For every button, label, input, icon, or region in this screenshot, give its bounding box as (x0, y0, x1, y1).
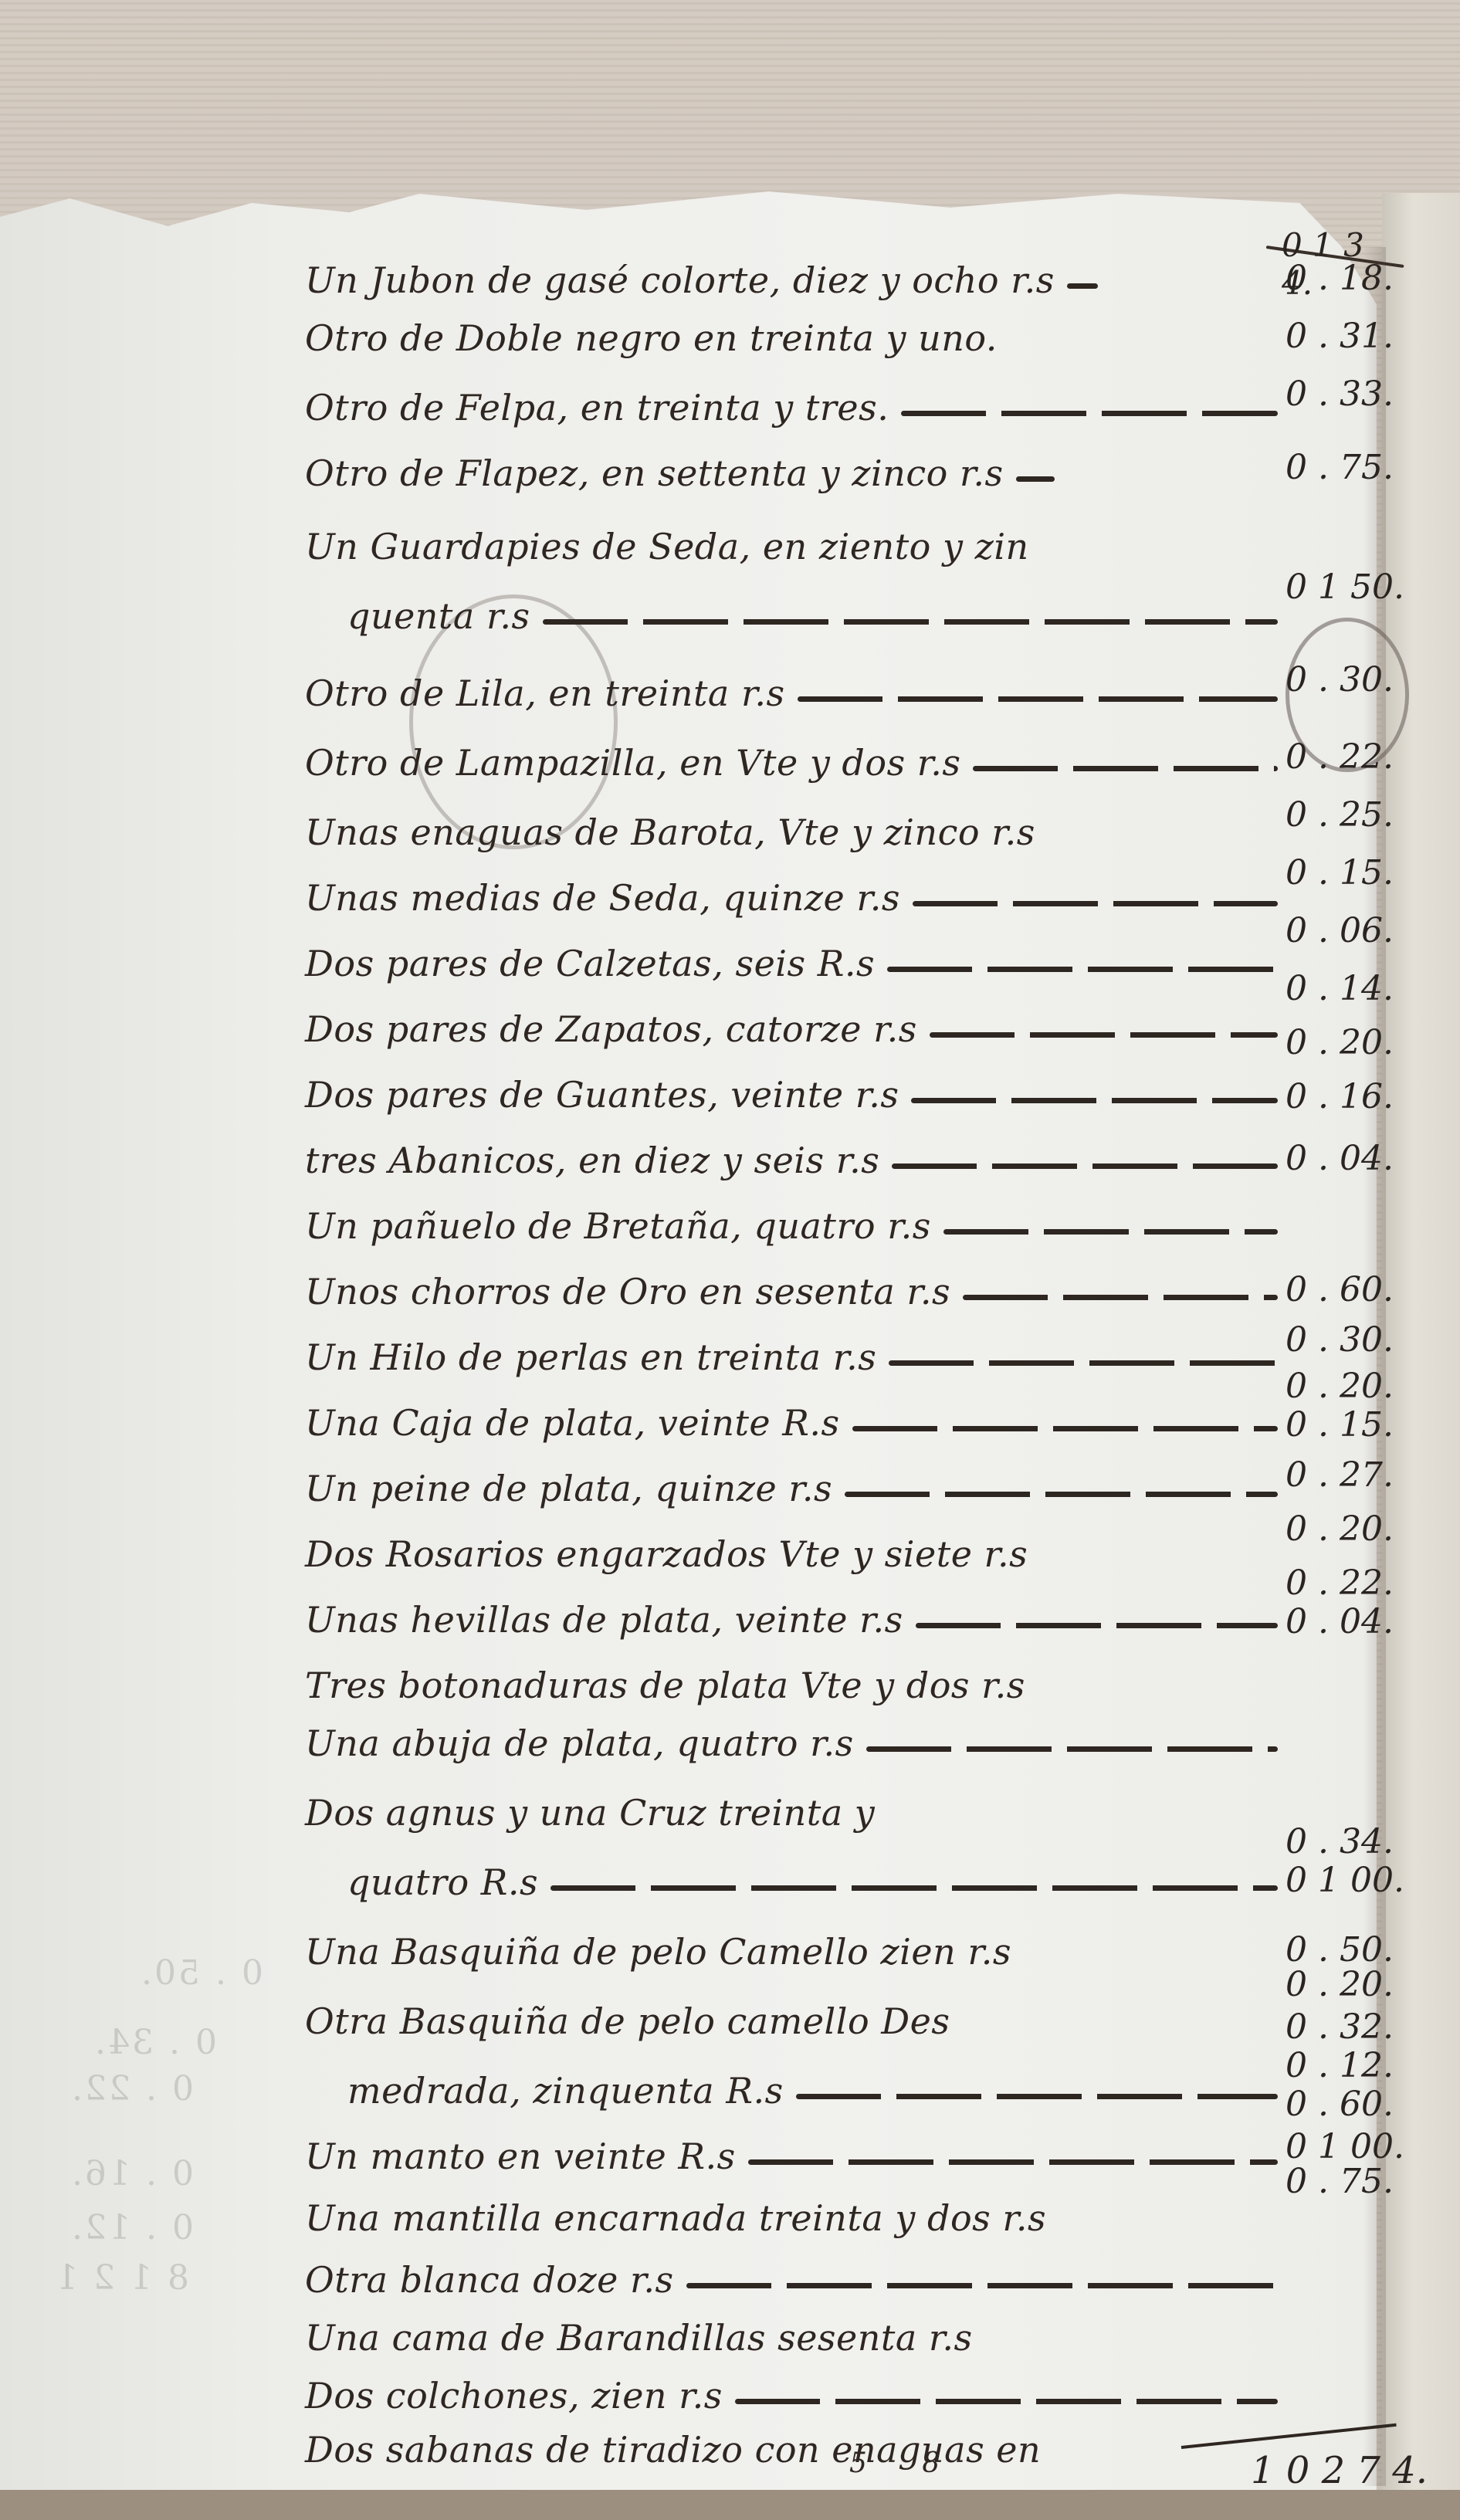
entry-amount: 0 . 34. (1286, 1822, 1401, 1861)
page-total: 1 0 2 7 4. (1251, 2449, 1428, 2492)
entry-description: tres Abanicos, en diez y seis r.s (305, 1140, 879, 1181)
folio-mark: 5 8 (849, 2447, 963, 2479)
entry-amount: 0 . 20. (1286, 1023, 1401, 1062)
entry-description: Un Hilo de perlas en treinta r.s (305, 1336, 876, 1378)
fill-dash (852, 1426, 1278, 1431)
fill-dash (550, 1885, 1278, 1891)
fill-dash (930, 1032, 1278, 1038)
entry-amount: 0 . 30. (1286, 660, 1401, 699)
entry-description: Otro de Doble negro en treinta y uno. (305, 317, 998, 359)
inventory-entry: Una Caja de plata, veinte R.s (305, 1390, 1278, 1444)
inventory-entry: Otra Basquiña de pelo camello Des (305, 1988, 1278, 2042)
inventory-entry: Unas enaguas de Barota, Vte y zinco r.s (305, 799, 1278, 853)
entry-amount: 0 . 22. (1286, 1563, 1401, 1603)
inventory-entry: Unos chorros de Oro en sesenta r.s (305, 1258, 1278, 1312)
inventory-entry: Un manto en veinte R.s (305, 2123, 1278, 2177)
entry-description: Una mantilla encarnada treinta y dos r.s (305, 2197, 1046, 2239)
entry-amount: 0 . 25. (1286, 795, 1401, 835)
bleed-through-number: 0 . 22. (69, 2069, 194, 2108)
entry-description: Dos pares de Calzetas, seis R.s (305, 943, 875, 984)
entry-amount: 0 . 15. (1286, 853, 1401, 892)
entry-amount: 0 . 04. (1286, 1602, 1401, 1641)
entry-amount: 0 1 00. (1286, 2127, 1401, 2166)
entry-amount: 0 . 75. (1286, 448, 1401, 487)
fill-dash (892, 1163, 1278, 1169)
inventory-entry: Una Basquiña de pelo Camello zien r.s (305, 1919, 1278, 1973)
entry-amount: 0 . 16. (1286, 1077, 1401, 1116)
entry-description: Otro de Flapez, en settenta y zinco r.s (305, 452, 1004, 494)
entry-amount: 0 . 50. (1286, 1930, 1401, 1970)
entry-amount: 0 . 27. (1286, 1455, 1401, 1495)
entry-description: Dos Rosarios engarzados Vte y siete r.s (305, 1533, 1028, 1575)
fill-dash (748, 2159, 1278, 2165)
entry-amount: 0 . 60. (1286, 1270, 1401, 1309)
inventory-entry: Tres botonaduras de plata Vte y dos r.s (305, 1652, 1278, 1706)
inventory-entry: Un Hilo de perlas en treinta r.s (305, 1324, 1278, 1378)
bleed-through-number: 8 1 2 1 (54, 2258, 189, 2298)
entry-description: Otro de Felpa, en treinta y tres. (305, 387, 889, 428)
entry-description: Unas medias de Seda, quinze r.s (305, 877, 900, 919)
fill-dash (973, 766, 1278, 771)
inventory-entry: Una mantilla encarnada treinta y dos r.s (305, 2185, 1278, 2239)
entry-description: Otra Basquiña de pelo camello Des (305, 2000, 950, 2042)
inventory-entry: Un pañuelo de Bretaña, quatro r.s (305, 1193, 1278, 1247)
entry-amount: 0 . 18. (1286, 259, 1401, 298)
entry-description: Una abuja de plata, quatro r.s (305, 1722, 854, 1764)
entry-amount: 0 . 22. (1286, 737, 1401, 777)
entry-description: Dos pares de Zapatos, catorze r.s (305, 1008, 917, 1050)
entry-amount: 0 1 50. (1286, 567, 1401, 607)
table-background-bottom (0, 2490, 1460, 2520)
inventory-entry: Dos Rosarios engarzados Vte y siete r.s (305, 1521, 1278, 1575)
inventory-entry: quenta r.s (305, 583, 1278, 637)
entry-description: Un manto en veinte R.s (305, 2136, 736, 2177)
inventory-entry: Otro de Felpa, en treinta y tres. (305, 374, 1278, 428)
inventory-entry: Otro de Doble negro en treinta y uno. (305, 305, 1278, 359)
fill-dash (889, 1360, 1278, 1366)
entry-amount: 0 . 33. (1286, 374, 1401, 414)
inventory-entry: Dos pares de Zapatos, catorze r.s (305, 996, 1278, 1050)
entry-amount: 0 . 04. (1286, 1139, 1401, 1178)
inventory-entry: Dos colchones, zien r.s (305, 2362, 1278, 2417)
fill-dash (798, 696, 1278, 702)
entry-description: Dos agnus y una Cruz treinta y (305, 1792, 875, 1834)
inventory-entry: medrada, zinquenta R.s (305, 2058, 1278, 2112)
fill-dash (735, 2399, 1278, 2404)
entry-description: Un Guardapies de Seda, en ziento y zin (305, 526, 1029, 567)
entry-amount: 0 . 15. (1286, 1405, 1401, 1445)
entry-description: Dos colchones, zien r.s (305, 2375, 723, 2417)
fill-dash (543, 619, 1278, 625)
entry-amount: 0 . 30. (1286, 1320, 1401, 1360)
bleed-through-number: 0 . 16. (69, 2154, 194, 2193)
fill-dash (901, 411, 1278, 416)
fill-dash (963, 1295, 1278, 1300)
entry-amount: 0 . 60. (1286, 2085, 1401, 2124)
fill-dash (887, 967, 1278, 972)
entry-description: Otro de Lila, en treinta r.s (305, 672, 785, 714)
inventory-entry: Otro de Lila, en treinta r.s (305, 660, 1278, 714)
fill-dash (796, 2094, 1278, 2099)
entry-amount: 0 . 20. (1286, 1509, 1401, 1549)
entry-description: medrada, zinquenta R.s (305, 2070, 784, 2112)
entry-description: quatro R.s (305, 1861, 538, 1903)
entry-description: Una Basquiña de pelo Camello zien r.s (305, 1931, 1011, 1973)
inventory-entry: Otro de Lampazilla, en Vte y dos r.s (305, 730, 1278, 784)
fill-dash (943, 1229, 1278, 1235)
fill-dash (845, 1492, 1278, 1497)
inventory-entry: Un Guardapies de Seda, en ziento y zin (305, 513, 1278, 567)
inventory-entry: Unas hevillas de plata, veinte r.s (305, 1587, 1278, 1641)
fill-dash (913, 901, 1278, 906)
inventory-entry: Unas medias de Seda, quinze r.s (305, 865, 1278, 919)
bleed-through-number: 0 . 50. (139, 1953, 263, 1993)
fill-dash (686, 2283, 1278, 2288)
entry-amount: 0 . 20. (1286, 1965, 1401, 2004)
entry-amount: 0 . 31. (1286, 317, 1401, 356)
entry-description: Tres botonaduras de plata Vte y dos r.s (305, 1665, 1025, 1706)
entry-description: Una Caja de plata, veinte R.s (305, 1402, 840, 1444)
entry-amount: 0 . 75. (1286, 2162, 1401, 2201)
inventory-entry: quatro R.s (305, 1849, 1278, 1903)
inventory-entry: Dos sabanas de tiradizo con enaguas en (305, 2417, 1278, 2471)
bleed-through-number: 0 . 34. (93, 2023, 217, 2062)
inventory-entry: Dos agnus y una Cruz treinta y (305, 1780, 1278, 1834)
inventory-entry: Un Jubon de gasé colorte, diez y ocho r.… (305, 247, 1278, 301)
inventory-entry: Otro de Flapez, en settenta y zinco r.s (305, 440, 1278, 494)
entry-description: Otro de Lampazilla, en Vte y dos r.s (305, 742, 960, 784)
entry-amount: 0 . 14. (1286, 969, 1401, 1008)
fill-dash (916, 1623, 1278, 1628)
entry-description: Unos chorros de Oro en sesenta r.s (305, 1271, 950, 1312)
entry-amount: 0 . 32. (1286, 2007, 1401, 2047)
inventory-entry: Un peine de plata, quinze r.s (305, 1455, 1278, 1509)
inventory-entry: Una cama de Barandillas sesenta r.s (305, 2305, 1278, 2359)
fill-dash (1016, 476, 1055, 482)
entry-description: Un pañuelo de Bretaña, quatro r.s (305, 1205, 931, 1247)
entry-description: Dos pares de Guantes, veinte r.s (305, 1074, 899, 1116)
entry-description: Unas hevillas de plata, veinte r.s (305, 1599, 903, 1641)
fill-dash (1067, 283, 1098, 289)
inventory-entry: Dos pares de Calzetas, seis R.s (305, 930, 1278, 984)
entry-description: Una cama de Barandillas sesenta r.s (305, 2317, 973, 2359)
inventory-entry: Otra blanca doze r.s (305, 2247, 1278, 2301)
entry-amount: 0 1 00. (1286, 1861, 1401, 1900)
entry-description: Unas enaguas de Barota, Vte y zinco r.s (305, 811, 1035, 853)
entry-description: Un peine de plata, quinze r.s (305, 1468, 832, 1509)
inventory-entry: Una abuja de plata, quatro r.s (305, 1710, 1278, 1764)
inventory-entry: Dos pares de Guantes, veinte r.s (305, 1062, 1278, 1116)
entry-amount: 0 . 06. (1286, 911, 1401, 950)
entry-description: Un Jubon de gasé colorte, diez y ocho r.… (305, 259, 1055, 301)
entry-description: quenta r.s (305, 595, 530, 637)
inventory-entry: tres Abanicos, en diez y seis r.s (305, 1127, 1278, 1181)
entry-description: Otra blanca doze r.s (305, 2259, 674, 2301)
fill-dash (866, 1746, 1278, 1752)
fill-dash (911, 1098, 1278, 1103)
bleed-through-number: 0 . 12. (69, 2208, 194, 2247)
entry-amount: 0 . 20. (1286, 1367, 1401, 1406)
entry-amount: 0 . 12. (1286, 2046, 1401, 2085)
